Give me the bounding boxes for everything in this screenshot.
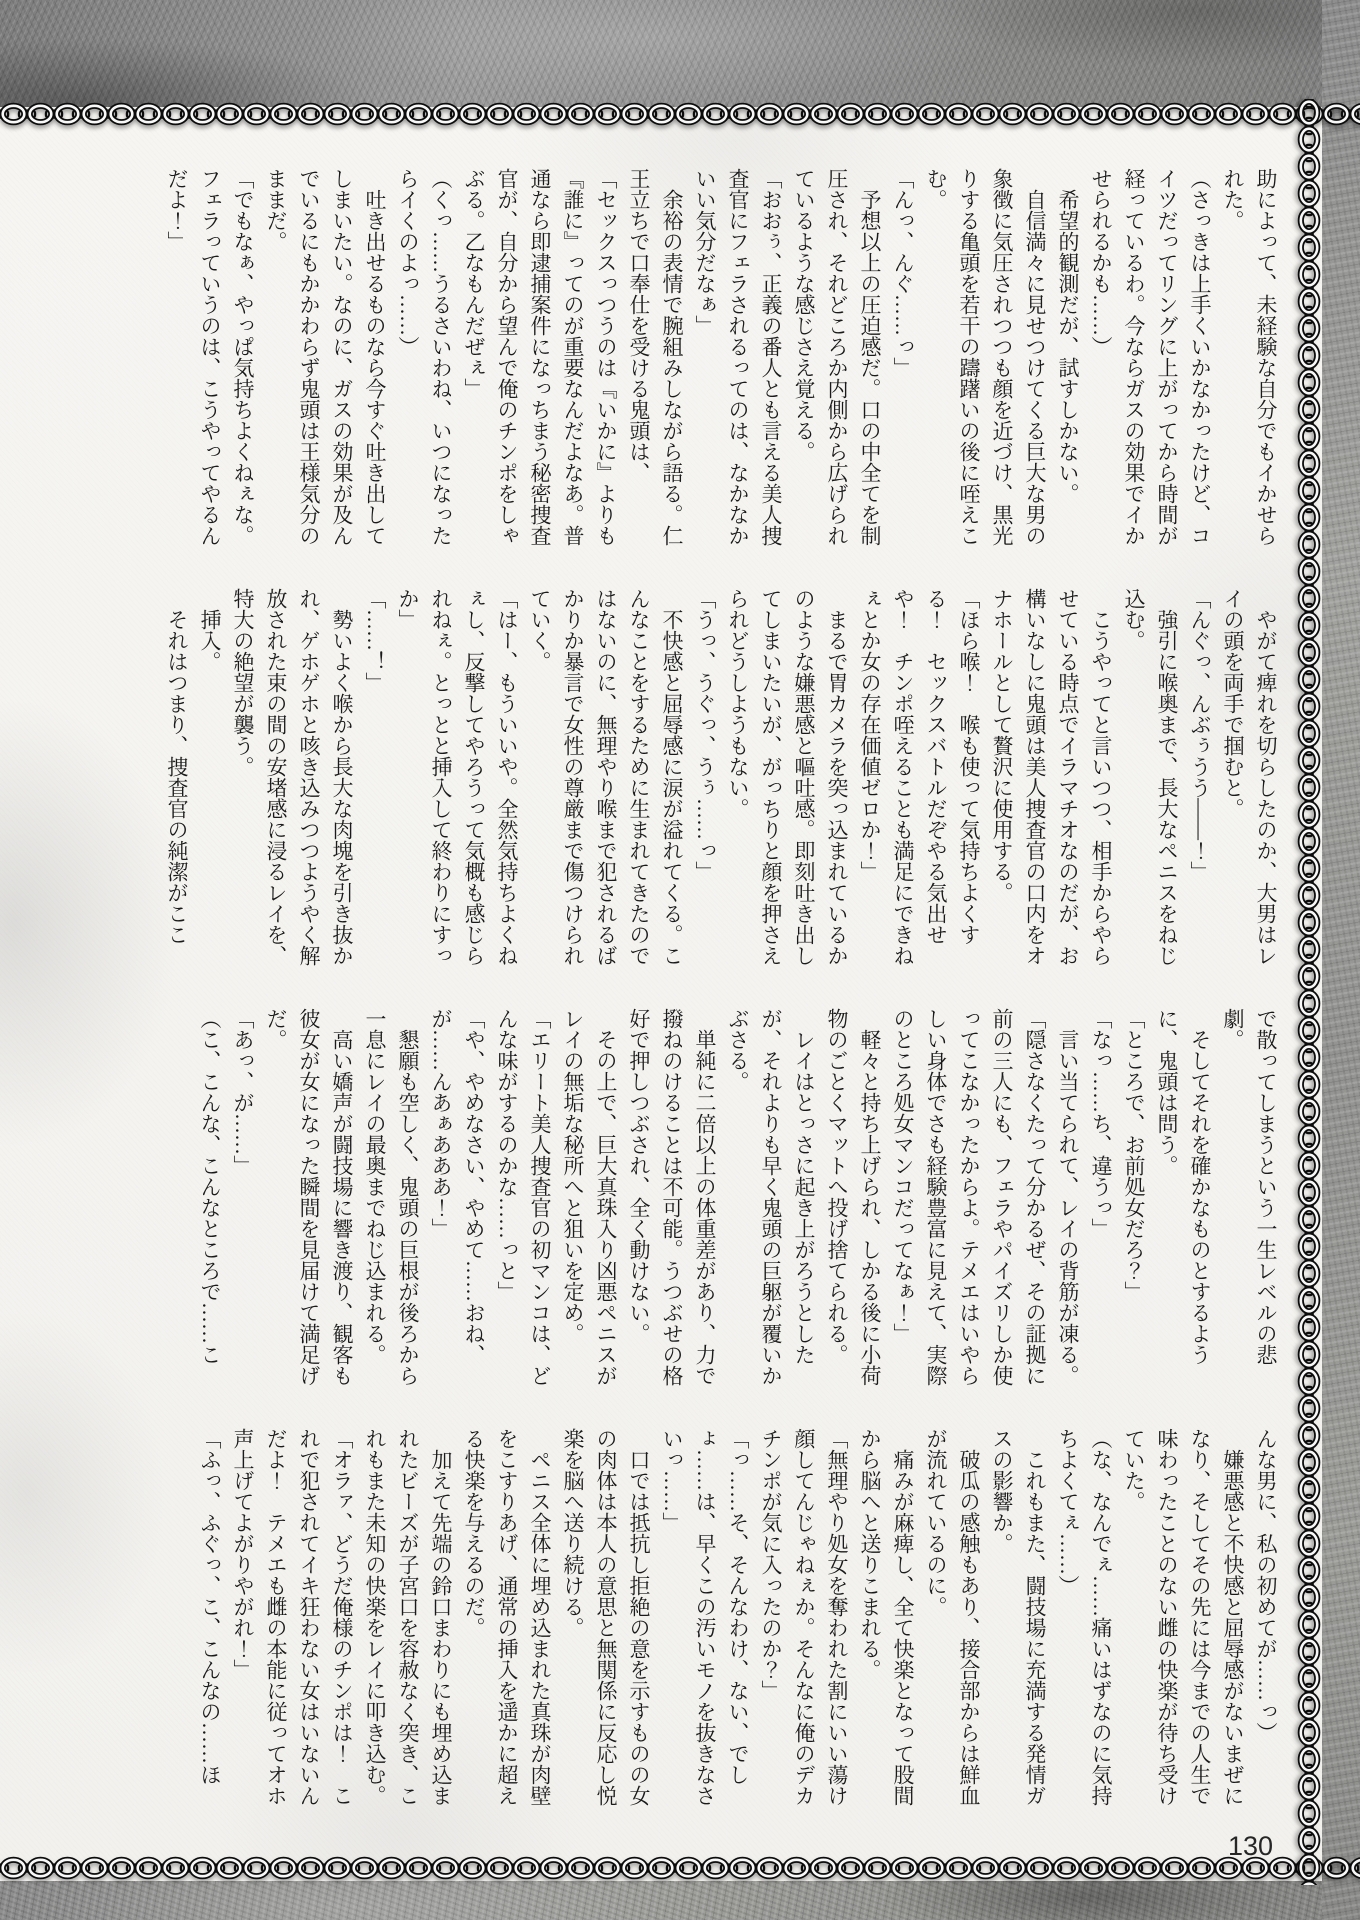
paragraph: まるで胃カメラを突っ込まれているかのような嫌悪感と嘔吐感。即刻吐き出してしまいた…: [721, 588, 853, 970]
paragraph: 強引に喉奥まで、長大なペニスをねじ込む。: [1117, 588, 1183, 970]
paragraph: 懇願も空しく、鬼頭の巨根が後ろから一息にレイの最奥までねじ込まれる。: [358, 1008, 424, 1390]
paragraph: 軽々と持ち上げられ、しかる後に小荷物のごとくマットへ投げ捨てられる。: [820, 1008, 886, 1390]
paragraph: んな男に、私の初めてが……っ）: [1249, 1428, 1282, 1810]
paragraph: 「ほら喉！ 喉も使って気持ちよくする！ セックスバトルだぞやる気出せや！ チンポ…: [853, 588, 985, 970]
paragraph: 「はー、もういいや。全然気持ちよくねぇし、反撃してやろうって気概も感じられねぇ。…: [391, 588, 523, 970]
chain-border-bottom-icon: [0, 1853, 1360, 1888]
paragraph: 単純に二倍以上の体重差があり、力で撥ねのけることは不可能。うつぶせの格好で押しつ…: [622, 1008, 721, 1390]
paragraph: （さっきは上手くいかなかったけど、コイツだってリングに上がってから時間が経ってい…: [1084, 168, 1216, 550]
novel-page: { "page": { "number": "130" }, "colors":…: [0, 0, 1360, 1920]
chain-border-right-icon: [1294, 99, 1324, 1890]
paragraph: その上で、巨大真珠入り凶悪ペニスがレイの無垢な秘所へと狙いを定め。: [556, 1008, 622, 1390]
paragraph: （な、なんでぇ……痛いはずなのに気持ちよくてぇ……）: [1051, 1428, 1117, 1810]
paragraph: 破瓜の感触もあり、接合部からは鮮血が流れているのに。: [919, 1428, 985, 1810]
text-band-1: 助によって、未経験な自分でもイかせられた。 （さっきは上手くいかなかったけど、コ…: [124, 168, 1282, 550]
text-band-2: やがて痺れを切らしたのか、大男はレイの頭を両手で掴むと。 「んぐっ、んぶぅうう―…: [124, 588, 1282, 970]
paragraph: 予想以上の圧迫感だ。口の中全てを制圧され、それどころか内側から広げられているよう…: [787, 168, 886, 550]
paragraph: 勢いよく喉から長大な肉塊を引き抜かれ、ゲホゲホと咳き込みつつようやく解放された束…: [226, 588, 358, 970]
paragraph: 「……！」: [358, 588, 391, 970]
paragraph: 「おおぅ、正義の番人とも言える美人捜査官にフェラされるってのは、なかなかいい気分…: [688, 168, 787, 550]
paragraph: 「ふっ、ふぐっ、こ、こんなの……ほ: [193, 1428, 226, 1810]
paragraph: ペニス全体に埋め込まれた真珠が肉壁をこすりあげ、通常の挿入を遥かに超える快楽を与…: [457, 1428, 556, 1810]
paragraph: 「や、やめなさい、やめて……おね、が……んあぁあああ！」: [424, 1008, 490, 1390]
paragraph: 吐き出せるものなら今すぐ吐き出してしまいたい。なのに、ガスの効果が及んでいるにも…: [259, 168, 391, 550]
paragraph: 口では抵抗し拒絶の意を示すものの女の肉体は本人の意思と無関係に反応し悦楽を脳へ送…: [556, 1428, 655, 1810]
paragraph: 「でもなぁ、やっぱ気持ちよくねぇな。フェラっていうのは、こうやってやるんだよ！」: [160, 168, 259, 550]
paragraph: 助によって、未経験な自分でもイかせられた。: [1216, 168, 1282, 550]
paragraph: 「あっ、が……」: [226, 1008, 259, 1390]
paragraph: 「んぐっ、んぶぅうう――！」: [1183, 588, 1216, 970]
outer-texture-top: [0, 0, 1360, 107]
paragraph: 加えて先端の鈴口まわりにも埋め込まれたビーズが子宮口を容赦なく突き、これもまた未…: [358, 1428, 457, 1810]
paragraph: で散ってしまうという一生レベルの悲劇。: [1216, 1008, 1282, 1390]
paragraph: 痛みが麻痺し、全て快楽となって股間から脳へと送りこまれる。: [853, 1428, 919, 1810]
paragraph: （くっ……うるさいわね、いつになったらイくのよっ……）: [391, 168, 457, 550]
paragraph: 「オラァ、どうだ俺様のチンポは！ これで犯されてイキ狂わない女はいないんだよ！ …: [226, 1428, 358, 1810]
paragraph: 挿入。: [193, 588, 226, 970]
paragraph: 「ところで、お前処女だろ？」: [1117, 1008, 1150, 1390]
paragraph: 余裕の表情で腕組みしながら語る。仁王立ちで口奉仕を受ける鬼頭は、: [622, 168, 688, 550]
paragraph: 不快感と屈辱感に涙が溢れてくる。こんなことをするために生まれてきたのではないのに…: [523, 588, 688, 970]
paragraph: 自信満々に見せつけてくる巨大な男の象徴に気圧されつつも顔を近づけ、黒光りする亀頭…: [919, 168, 1051, 550]
chain-border-top-icon: [0, 99, 1360, 134]
paragraph: そしてそれを確かなものとするように、鬼頭は問う。: [1150, 1008, 1216, 1390]
paragraph: 「うっ、うぐっ、うぅ……っ」: [688, 588, 721, 970]
text-band-3: で散ってしまうという一生レベルの悲劇。 そしてそれを確かなものとするように、鬼頭…: [124, 1008, 1282, 1390]
paragraph: 高い嬌声が闘技場に響き渡り、観客も彼女が女になった瞬間を見届けて満足げだ。: [259, 1008, 358, 1390]
paragraph: 「セックスっつうのは『いかに』よりも『誰に』ってのが重要なんだよなあ。普通なら即…: [457, 168, 622, 550]
paragraph: それはつまり、捜査官の純潔がここ: [160, 588, 193, 970]
paragraph: こうやってと言いつつ、相手からやらせている時点でイラマチオなのだが、お構いなしに…: [985, 588, 1117, 970]
outer-texture-right: [1322, 0, 1360, 1920]
paragraph: これもまた、闘技場に充満する発情ガスの影響か。: [985, 1428, 1051, 1810]
paragraph: レイはとっさに起き上がろうとしたが、それよりも早く鬼頭の巨躯が覆いかぶさる。: [721, 1008, 820, 1390]
paragraph: 嫌悪感と不快感と屈辱感がないまぜになり、そしてその先には今までの人生で味わったこ…: [1117, 1428, 1249, 1810]
paragraph: 「んっ、んぐ……っ」: [886, 168, 919, 550]
paragraph: 希望的観測だが、試すしかない。: [1051, 168, 1084, 550]
paragraph: 言い当てられて、レイの背筋が凍る。: [1051, 1008, 1084, 1390]
text-band-4: んな男に、私の初めてが……っ） 嫌悪感と不快感と屈辱感がないまぜになり、そしてそ…: [124, 1428, 1282, 1810]
paragraph: （こ、こんな、こんなところで……こ: [193, 1008, 226, 1390]
paragraph: 「無理やり処女を奪われた割にいい蕩け顔してんじゃねぇか。そんなに俺のデカチンポが…: [754, 1428, 853, 1810]
paragraph: 「なっ……ち、違うっ」: [1084, 1008, 1117, 1390]
paragraph: 「隠さなくたって分かるぜ、その証拠に前の三人にも、フェラやパイズリしか使ってこな…: [886, 1008, 1051, 1390]
paragraph: 「エリート美人捜査官の初マンコは、どんな味がするのかな……っと」: [490, 1008, 556, 1390]
paragraph: やがて痺れを切らしたのか、大男はレイの頭を両手で掴むと。: [1216, 588, 1282, 970]
paragraph: 「っ……そ、そんなわけ、ない、でしょ……は、早くこの汚いモノを抜きなさいっ……」: [655, 1428, 754, 1810]
